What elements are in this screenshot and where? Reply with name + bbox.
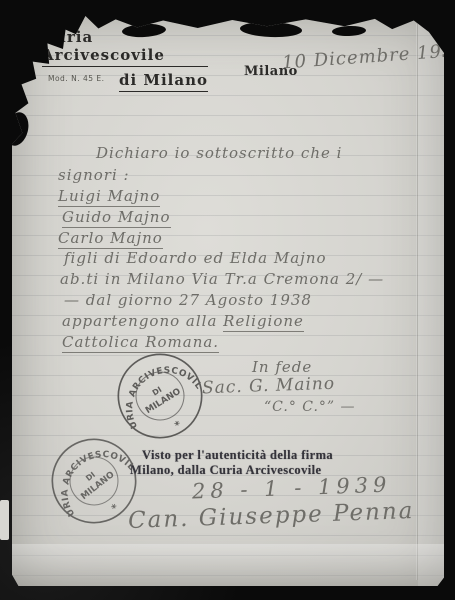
paper-bottom-shade	[12, 544, 444, 586]
document-sheet: Curia Arcivescovile di Milano Mod. N. 45…	[12, 16, 444, 586]
stamp-center-milano: MILANO	[144, 386, 183, 416]
letterhead-org-city: di Milano	[119, 71, 208, 92]
signature-note: “C.° C.°” —	[264, 399, 356, 415]
name-luigi: Luigi Majno	[58, 187, 160, 207]
stamp-star-glyph: *	[173, 418, 184, 431]
conversion-date-line: — dal giorno 27 Agosto 1938	[64, 291, 312, 309]
photo-edge-artifact	[0, 500, 9, 540]
conversion-date-text: — dal giorno 27 Agosto 1938	[64, 291, 312, 309]
torn-edge-mark	[332, 25, 366, 36]
stamp-arc-text: CURIA ARCIVESCOVILE	[24, 411, 137, 526]
stamp-star-glyph: *	[109, 501, 121, 514]
form-number: Mod. N. 45 E.	[48, 74, 105, 83]
vertical-fold-crease	[416, 24, 418, 580]
name-line-luigi: Luigi Majno	[58, 187, 160, 205]
name-line-carlo: Carlo Majno	[58, 229, 163, 247]
name-guido: Guido Majno	[62, 208, 171, 228]
paper-right-margin	[418, 16, 444, 586]
in-fede-line: In fede	[252, 358, 312, 376]
declarant-signature: Sac. G. Maino	[202, 374, 336, 399]
attestation-signature: Can. Giuseppe Penna	[128, 498, 415, 534]
declaration-opening-line: Dichiaro io sottoscritto che i	[96, 144, 342, 162]
religion-line-prefix: appartengono alla	[62, 312, 223, 330]
address-line: ab.ti in Milano Via Tr.a Cremona 2/ —	[60, 270, 384, 288]
declaration-opening-line-2: signori :	[58, 166, 130, 184]
attestation-stamp-line-1: Visto per l'autenticità della firma	[142, 448, 333, 463]
religion-line: appartengono alla Religione	[62, 312, 304, 330]
religion-word: Religione	[223, 312, 304, 332]
parents-line: figli di Edoardo ed Elda Majno	[64, 249, 327, 267]
name-carlo: Carlo Majno	[58, 229, 163, 249]
name-line-guido: Guido Majno	[62, 208, 171, 226]
